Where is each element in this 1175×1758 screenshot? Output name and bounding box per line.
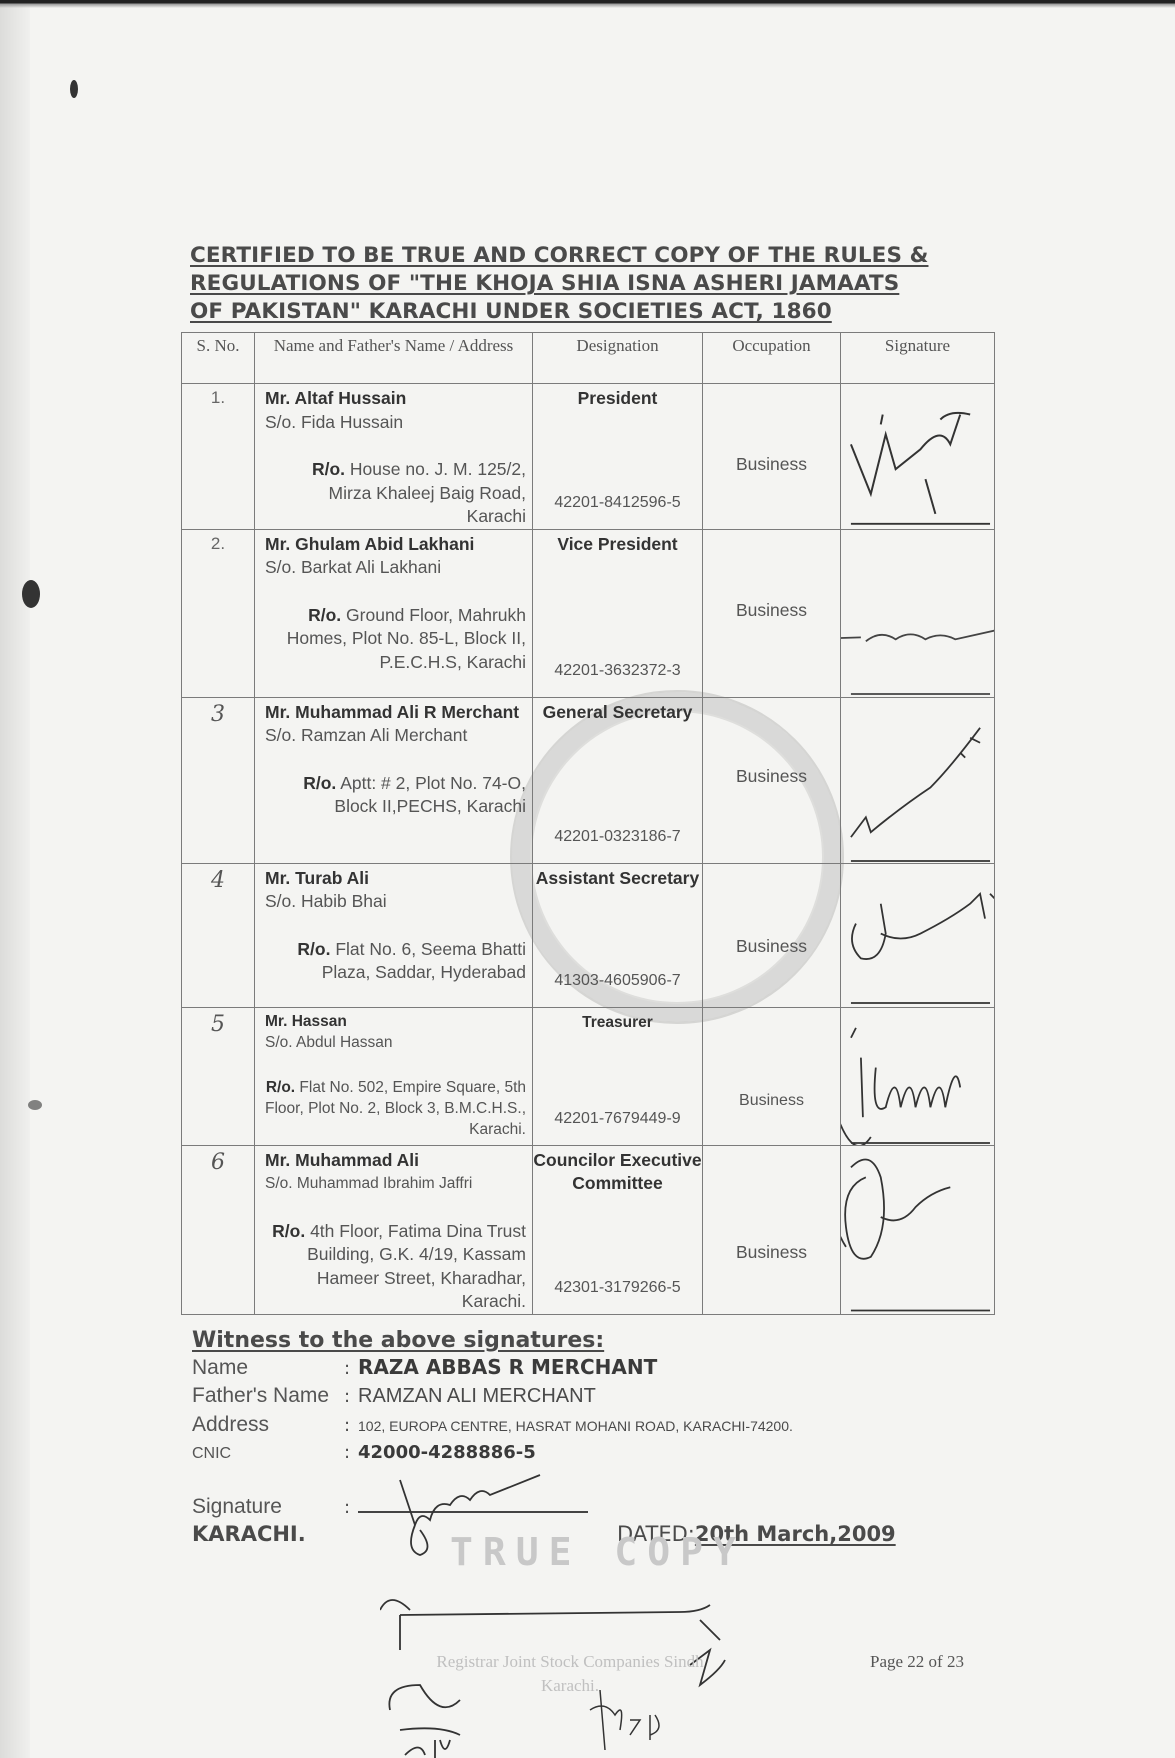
- occupation: Business: [703, 600, 840, 621]
- document-title: CERTIFIED TO BE TRUE AND CORRECT COPY OF…: [190, 242, 990, 326]
- handwritten-signature: [841, 530, 994, 697]
- member-name: Mr. Ghulam Abid Lakhani: [265, 533, 526, 557]
- row-occupation: Business: [703, 863, 841, 1007]
- scan-top-border: [0, 0, 1175, 8]
- member-address: R/o. Flat No. 6, Seema Bhatti Plaza, Sad…: [265, 938, 526, 985]
- member-cnic: 42301-3179266-5: [533, 1276, 702, 1300]
- witness-signature-row: Signature :: [192, 1493, 992, 1522]
- handwritten-signature: [841, 864, 994, 1007]
- witness-name-label: Name: [192, 1356, 344, 1380]
- registrar-line-2: Karachi.: [380, 1674, 760, 1698]
- occupation: Business: [703, 454, 840, 475]
- occupation: Business: [703, 1092, 840, 1110]
- signature-field: [841, 384, 995, 530]
- member-name: Mr. Muhammad Ali: [265, 1149, 526, 1173]
- table-row: 1. Mr. Altaf Hussain S/o. Fida Hussain R…: [182, 384, 995, 530]
- member-cnic: 42201-3632372-3: [533, 659, 702, 683]
- father-name: S/o. Barkat Ali Lakhani: [265, 556, 526, 580]
- handwritten-signature: [841, 384, 994, 529]
- row-designation: General Secretary 42201-0323186-7: [533, 697, 703, 863]
- row-occupation: Business: [703, 529, 841, 697]
- colon: :: [344, 1358, 358, 1379]
- row-occupation: Business: [703, 384, 841, 530]
- father-name: S/o. Ramzan Ali Merchant: [265, 724, 526, 748]
- title-line-3: OF PAKISTAN" KARACHI UNDER SOCIETIES ACT…: [190, 298, 990, 326]
- place: KARACHI.: [192, 1522, 306, 1546]
- row-designation: Treasurer 42201-7679449-9: [533, 1007, 703, 1145]
- signature-field: [841, 529, 995, 697]
- witness-address-label: Address: [192, 1413, 344, 1437]
- row-occupation: Business: [703, 697, 841, 863]
- row-name-address: Mr. Ghulam Abid Lakhani S/o. Barkat Ali …: [255, 529, 533, 697]
- title-line-2: REGULATIONS OF "THE KHOJA SHIA ISNA ASHE…: [190, 270, 990, 298]
- row-sno: 1.: [182, 384, 255, 530]
- member-name: Mr. Muhammad Ali R Merchant: [265, 701, 526, 725]
- witness-section: Witness to the above signatures: Name : …: [192, 1328, 992, 1551]
- row-sno: 4: [182, 863, 255, 1007]
- designation: Councilor Executive Committee: [533, 1146, 702, 1196]
- scan-speck: [70, 80, 78, 98]
- table-row: 5 Mr. Hassan S/o. Abdul Hassan R/o. Flat…: [182, 1007, 995, 1145]
- father-name: S/o. Abdul Hassan: [265, 1032, 526, 1053]
- witness-signature-label: Signature: [192, 1495, 344, 1519]
- punch-hole: [22, 580, 40, 608]
- witness-heading: Witness to the above signatures:: [192, 1328, 992, 1353]
- handwritten-signature: [841, 1008, 994, 1145]
- handwritten-signature: [841, 1146, 994, 1314]
- occupation: Business: [703, 766, 840, 787]
- member-cnic: 42201-7679449-9: [533, 1107, 702, 1131]
- row-name-address: Mr. Turab Ali S/o. Habib Bhai R/o. Flat …: [255, 863, 533, 1007]
- row-designation: Councilor Executive Committee 42301-3179…: [533, 1145, 703, 1314]
- page-number: Page 22 of 23: [870, 1652, 964, 1672]
- registrar-line-1: Registrar Joint Stock Companies Sindh: [380, 1650, 760, 1674]
- table-header-row: S. No. Name and Father's Name / Address …: [182, 333, 995, 384]
- colon: :: [344, 1442, 358, 1463]
- header-sno: S. No.: [182, 333, 255, 384]
- header-name: Name and Father's Name / Address: [255, 333, 533, 384]
- colon: :: [344, 1497, 358, 1518]
- office-bearers-table: S. No. Name and Father's Name / Address …: [181, 332, 995, 1315]
- row-designation: Vice President 42201-3632372-3: [533, 529, 703, 697]
- member-address: R/o. Aptt: # 2, Plot No. 74-O, Block II,…: [265, 772, 526, 819]
- signature-field: [841, 1007, 995, 1145]
- occupation: Business: [703, 1242, 840, 1263]
- witness-signature-line: [358, 1493, 588, 1513]
- row-name-address: Mr. Muhammad Ali R Merchant S/o. Ramzan …: [255, 697, 533, 863]
- table-row: 4 Mr. Turab Ali S/o. Habib Bhai R/o. Fla…: [182, 863, 995, 1007]
- father-name: S/o. Muhammad Ibrahim Jaffri: [265, 1172, 526, 1196]
- witness-father-label: Father's Name: [192, 1384, 344, 1408]
- father-name: S/o. Habib Bhai: [265, 890, 526, 914]
- witness-father-row: Father's Name : RAMZAN ALI MERCHANT: [192, 1384, 992, 1413]
- member-address: R/o. House no. J. M. 125/2, Mirza Khalee…: [265, 458, 526, 529]
- designation: Vice President: [533, 530, 702, 557]
- signature-field: [841, 697, 995, 863]
- father-name: S/o. Fida Hussain: [265, 411, 526, 435]
- row-name-address: Mr. Muhammad Ali S/o. Muhammad Ibrahim J…: [255, 1145, 533, 1314]
- witness-cnic-label: CNIC: [192, 1445, 344, 1463]
- row-name-address: Mr. Altaf Hussain S/o. Fida Hussain R/o.…: [255, 384, 533, 530]
- designation: General Secretary: [533, 698, 702, 725]
- header-designation: Designation: [533, 333, 703, 384]
- row-sno: 3: [182, 697, 255, 863]
- header-occupation: Occupation: [703, 333, 841, 384]
- member-address: R/o. Ground Floor, Mahrukh Homes, Plot N…: [265, 604, 526, 675]
- witness-name: RAZA ABBAS R MERCHANT: [358, 1355, 657, 1379]
- row-sno: 5: [182, 1007, 255, 1145]
- handwritten-signature: [841, 698, 994, 863]
- registrar-stamp: Registrar Joint Stock Companies Sindh Ka…: [380, 1650, 760, 1698]
- occupation: Business: [703, 936, 840, 957]
- table-row: 2. Mr. Ghulam Abid Lakhani S/o. Barkat A…: [182, 529, 995, 697]
- row-occupation: Business: [703, 1007, 841, 1145]
- table-row: 3 Mr. Muhammad Ali R Merchant S/o. Ramza…: [182, 697, 995, 863]
- member-cnic: 42201-0323186-7: [533, 825, 702, 849]
- member-name: Mr. Altaf Hussain: [265, 387, 526, 411]
- witness-cnic-row: CNIC : 42000-4288886-5: [192, 1442, 992, 1471]
- true-copy-stamp: TRUE COPY: [450, 1530, 746, 1574]
- witness-father-name: RAMZAN ALI MERCHANT: [358, 1385, 596, 1408]
- designation: Assistant Secretary: [533, 864, 702, 891]
- member-address: R/o. Flat No. 502, Empire Square, 5th Fl…: [265, 1077, 526, 1140]
- row-designation: President 42201-8412596-5: [533, 384, 703, 530]
- member-cnic: 41303-4605906-7: [533, 969, 702, 993]
- table-row: 6 Mr. Muhammad Ali S/o. Muhammad Ibrahim…: [182, 1145, 995, 1314]
- row-name-address: Mr. Hassan S/o. Abdul Hassan R/o. Flat N…: [255, 1007, 533, 1145]
- witness-address-row: Address : 102, EUROPA CENTRE, HASRAT MOH…: [192, 1413, 992, 1442]
- witness-name-row: Name : RAZA ABBAS R MERCHANT: [192, 1355, 992, 1384]
- signature-field: [841, 1145, 995, 1314]
- row-designation: Assistant Secretary 41303-4605906-7: [533, 863, 703, 1007]
- row-sno: 6: [182, 1145, 255, 1314]
- colon: :: [344, 1386, 358, 1407]
- designation: Treasurer: [533, 1008, 702, 1035]
- member-cnic: 42201-8412596-5: [533, 491, 702, 515]
- row-sno: 2.: [182, 529, 255, 697]
- scan-speck: [28, 1100, 42, 1110]
- row-occupation: Business: [703, 1145, 841, 1314]
- witness-cnic: 42000-4288886-5: [358, 1442, 536, 1463]
- designation: President: [533, 384, 702, 411]
- header-signature: Signature: [841, 333, 995, 384]
- title-line-1: CERTIFIED TO BE TRUE AND CORRECT COPY OF…: [190, 242, 990, 270]
- scan-edge: [0, 0, 30, 1758]
- witness-address: 102, EUROPA CENTRE, HASRAT MOHANI ROAD, …: [358, 1418, 793, 1434]
- member-name: Mr. Hassan: [265, 1011, 526, 1032]
- member-name: Mr. Turab Ali: [265, 867, 526, 891]
- colon: :: [344, 1415, 358, 1436]
- member-address: R/o. 4th Floor, Fatima Dina Trust Buildi…: [265, 1220, 526, 1314]
- signature-field: [841, 863, 995, 1007]
